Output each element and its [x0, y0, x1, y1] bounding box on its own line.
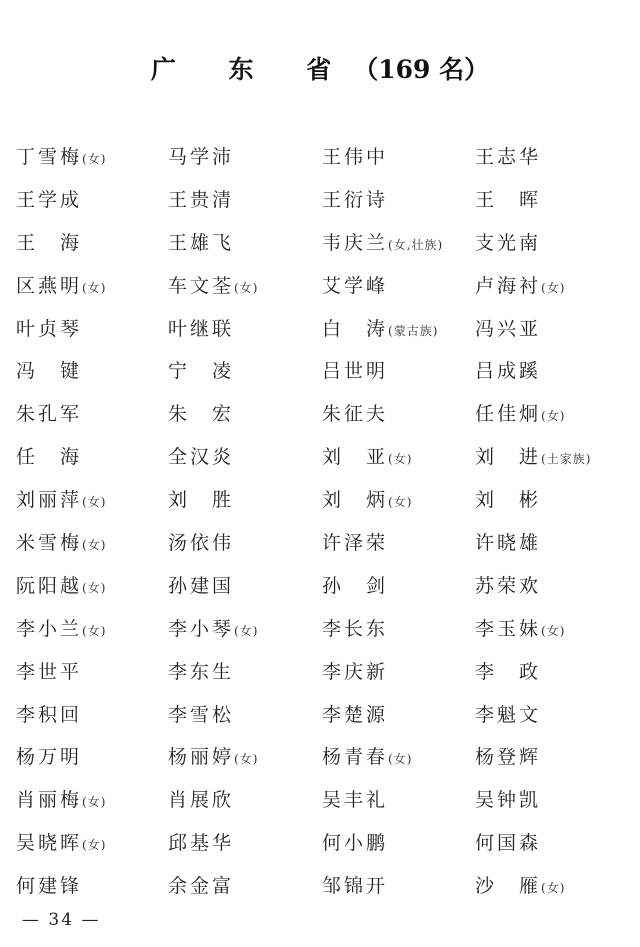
delegate-entry: 韦庆兰(女,壮族): [322, 224, 443, 264]
delegate-name: 杨丽婷: [168, 746, 234, 768]
delegate-name: 朱征夫: [322, 403, 388, 425]
delegate-entry: 刘 进(土家族): [475, 438, 591, 478]
name-row: 任 海全汉炎刘 亚(女)刘 进(土家族): [16, 438, 636, 481]
delegate-note: (女): [541, 881, 565, 895]
delegate-name: 肖展欣: [168, 789, 234, 811]
delegate-name: 韦庆兰: [322, 232, 388, 254]
delegate-entry: 李玉妹(女): [475, 610, 565, 650]
delegate-note: (女): [541, 281, 565, 295]
delegate-entry: 李魁文: [475, 696, 541, 734]
name-row: 丁雪梅(女)马学沛王伟中王志华: [16, 138, 636, 181]
name-row: 米雪梅(女)汤依伟许泽荣许晓雄: [16, 524, 636, 567]
delegate-name: 刘 彬: [475, 489, 541, 511]
delegate-note: (女): [82, 624, 106, 638]
delegate-entry: 李庆新: [322, 653, 388, 691]
delegate-entry: 李东生: [168, 653, 234, 691]
delegate-entry: 刘 胜: [168, 481, 234, 519]
name-row: 叶贞琴叶继联白 涛(蒙古族)冯兴亚: [16, 310, 636, 353]
delegate-note: (女,壮族): [388, 238, 443, 252]
delegate-entry: 李雪松: [168, 696, 234, 734]
delegate-name: 王雄飞: [168, 232, 234, 254]
delegate-name: 何小鹏: [322, 832, 388, 854]
delegate-note: (女): [82, 495, 106, 509]
delegate-name: 许晓雄: [475, 532, 541, 554]
delegate-name: 李长东: [322, 618, 388, 640]
delegate-name: 刘 亚: [322, 446, 388, 468]
page-title: 广 东 省（169 名）: [0, 50, 640, 86]
delegate-name: 白 涛: [322, 318, 388, 340]
delegate-note: (女): [388, 752, 412, 766]
delegate-name: 吕成蹊: [475, 360, 541, 382]
delegate-entry: 区燕明(女): [16, 267, 106, 307]
delegate-entry: 米雪梅(女): [16, 524, 106, 564]
delegate-name: 宁 凌: [168, 360, 234, 382]
delegate-note: (女): [388, 452, 412, 466]
delegate-entry: 朱征夫: [322, 395, 388, 433]
delegate-note: (女): [82, 838, 106, 852]
delegate-note: (蒙古族): [388, 324, 438, 338]
delegate-name: 任 海: [16, 446, 82, 468]
delegate-entry: 刘 炳(女): [322, 481, 412, 521]
delegate-entry: 王 晖: [475, 181, 541, 219]
name-row: 区燕明(女)车文荃(女)艾学峰卢海衬(女): [16, 267, 636, 310]
name-list: 丁雪梅(女)马学沛王伟中王志华王学成王贵清王衍诗王 晖王 海王雄飞韦庆兰(女,壮…: [16, 138, 636, 910]
delegate-name: 李雪松: [168, 704, 234, 726]
delegate-count: （169 名）: [353, 55, 489, 84]
delegate-entry: 余金富: [168, 867, 234, 905]
delegate-entry: 李世平: [16, 653, 82, 691]
delegate-note: (女): [82, 581, 106, 595]
delegate-entry: 王贵清: [168, 181, 234, 219]
page-number: — 34 —: [22, 910, 100, 930]
delegate-entry: 吕成蹊: [475, 352, 541, 390]
delegate-name: 王衍诗: [322, 189, 388, 211]
delegate-entry: 吴丰礼: [322, 781, 388, 819]
name-row: 朱孔军朱 宏朱征夫任佳炯(女): [16, 395, 636, 438]
delegate-name: 邱基华: [168, 832, 234, 854]
delegate-name: 朱孔军: [16, 403, 82, 425]
delegate-name: 冯兴亚: [475, 318, 541, 340]
delegate-name: 李小兰: [16, 618, 82, 640]
delegate-name: 沙 雁: [475, 875, 541, 897]
name-row: 阮阳越(女)孙建国孙 剑苏荣欢: [16, 567, 636, 610]
delegate-name: 孙建国: [168, 575, 234, 597]
delegate-entry: 冯 键: [16, 352, 82, 390]
delegate-entry: 杨万明: [16, 738, 82, 776]
delegate-name: 王学成: [16, 189, 82, 211]
delegate-name: 米雪梅: [16, 532, 82, 554]
delegate-name: 刘 胜: [168, 489, 234, 511]
delegate-entry: 李长东: [322, 610, 388, 648]
delegate-entry: 李 政: [475, 653, 541, 691]
name-row: 杨万明杨丽婷(女)杨青春(女)杨登辉: [16, 738, 636, 781]
name-row: 吴晓晖(女)邱基华何小鹏何国森: [16, 824, 636, 867]
delegate-entry: 丁雪梅(女): [16, 138, 106, 178]
delegate-entry: 杨青春(女): [322, 738, 412, 778]
delegate-name: 李东生: [168, 661, 234, 683]
province-name: 广 东 省: [151, 55, 353, 84]
delegate-entry: 刘 彬: [475, 481, 541, 519]
delegate-name: 李积回: [16, 704, 82, 726]
delegate-name: 车文荃: [168, 275, 234, 297]
delegate-name: 叶继联: [168, 318, 234, 340]
delegate-name: 邹锦开: [322, 875, 388, 897]
delegate-note: (女): [541, 624, 565, 638]
delegate-name: 王贵清: [168, 189, 234, 211]
delegate-name: 吴丰礼: [322, 789, 388, 811]
delegate-entry: 刘 亚(女): [322, 438, 412, 478]
delegate-entry: 李楚源: [322, 696, 388, 734]
delegate-name: 支光南: [475, 232, 541, 254]
delegate-name: 王 晖: [475, 189, 541, 211]
delegate-entry: 许泽荣: [322, 524, 388, 562]
delegate-entry: 何小鹏: [322, 824, 388, 862]
delegate-entry: 李小兰(女): [16, 610, 106, 650]
delegate-name: 吴钟凯: [475, 789, 541, 811]
delegate-name: 冯 键: [16, 360, 82, 382]
delegate-name: 李玉妹: [475, 618, 541, 640]
delegate-note: (女): [234, 624, 258, 638]
delegate-name: 李魁文: [475, 704, 541, 726]
delegate-entry: 孙建国: [168, 567, 234, 605]
delegate-entry: 刘丽萍(女): [16, 481, 106, 521]
delegate-note: (女): [541, 409, 565, 423]
delegate-note: (女): [388, 495, 412, 509]
delegate-entry: 李小琴(女): [168, 610, 258, 650]
delegate-entry: 任 海: [16, 438, 82, 476]
delegate-name: 李 政: [475, 661, 541, 683]
delegate-entry: 苏荣欢: [475, 567, 541, 605]
delegate-entry: 杨丽婷(女): [168, 738, 258, 778]
delegate-entry: 吴钟凯: [475, 781, 541, 819]
delegate-name: 李庆新: [322, 661, 388, 683]
delegate-entry: 肖丽梅(女): [16, 781, 106, 821]
delegate-entry: 邹锦开: [322, 867, 388, 905]
delegate-entry: 肖展欣: [168, 781, 234, 819]
delegate-note: (女): [82, 281, 106, 295]
delegate-note: (女): [82, 152, 106, 166]
delegate-entry: 任佳炯(女): [475, 395, 565, 435]
delegate-name: 卢海衬: [475, 275, 541, 297]
delegate-entry: 王志华: [475, 138, 541, 176]
delegate-name: 王 海: [16, 232, 82, 254]
delegate-name: 许泽荣: [322, 532, 388, 554]
name-row: 李积回李雪松李楚源李魁文: [16, 696, 636, 739]
delegate-entry: 沙 雁(女): [475, 867, 565, 907]
delegate-note: (女): [234, 281, 258, 295]
delegate-name: 艾学峰: [322, 275, 388, 297]
delegate-entry: 王学成: [16, 181, 82, 219]
delegate-entry: 王伟中: [322, 138, 388, 176]
delegate-name: 王志华: [475, 146, 541, 168]
delegate-entry: 阮阳越(女): [16, 567, 106, 607]
delegate-entry: 艾学峰: [322, 267, 388, 305]
name-row: 冯 键宁 凌吕世明吕成蹊: [16, 352, 636, 395]
delegate-entry: 马学沛: [168, 138, 234, 176]
delegate-entry: 孙 剑: [322, 567, 388, 605]
delegate-entry: 杨登辉: [475, 738, 541, 776]
delegate-name: 李世平: [16, 661, 82, 683]
delegate-name: 全汉炎: [168, 446, 234, 468]
delegate-entry: 卢海衬(女): [475, 267, 565, 307]
delegate-name: 汤依伟: [168, 532, 234, 554]
delegate-entry: 朱孔军: [16, 395, 82, 433]
delegate-entry: 何建锋: [16, 867, 82, 905]
delegate-name: 肖丽梅: [16, 789, 82, 811]
name-row: 王学成王贵清王衍诗王 晖: [16, 181, 636, 224]
delegate-entry: 朱 宏: [168, 395, 234, 433]
delegate-note: (女): [82, 538, 106, 552]
delegate-name: 杨万明: [16, 746, 82, 768]
delegate-entry: 王 海: [16, 224, 82, 262]
delegate-name: 阮阳越: [16, 575, 82, 597]
delegate-name: 叶贞琴: [16, 318, 82, 340]
delegate-entry: 叶继联: [168, 310, 234, 348]
delegate-entry: 王雄飞: [168, 224, 234, 262]
delegate-name: 刘 炳: [322, 489, 388, 511]
delegate-entry: 汤依伟: [168, 524, 234, 562]
delegate-name: 孙 剑: [322, 575, 388, 597]
delegate-note: (女): [234, 752, 258, 766]
delegate-name: 苏荣欢: [475, 575, 541, 597]
delegate-name: 吕世明: [322, 360, 388, 382]
delegate-name: 何建锋: [16, 875, 82, 897]
delegate-name: 朱 宏: [168, 403, 234, 425]
delegate-name: 吴晓晖: [16, 832, 82, 854]
delegate-entry: 冯兴亚: [475, 310, 541, 348]
name-row: 李世平李东生李庆新李 政: [16, 653, 636, 696]
delegate-note: (女): [82, 795, 106, 809]
delegate-entry: 许晓雄: [475, 524, 541, 562]
name-row: 何建锋余金富邹锦开沙 雁(女): [16, 867, 636, 910]
delegate-name: 何国森: [475, 832, 541, 854]
delegate-entry: 邱基华: [168, 824, 234, 862]
delegate-name: 杨登辉: [475, 746, 541, 768]
delegate-name: 任佳炯: [475, 403, 541, 425]
delegate-entry: 全汉炎: [168, 438, 234, 476]
name-row: 刘丽萍(女)刘 胜刘 炳(女)刘 彬: [16, 481, 636, 524]
delegate-name: 马学沛: [168, 146, 234, 168]
delegate-name: 刘 进: [475, 446, 541, 468]
delegate-entry: 吕世明: [322, 352, 388, 390]
delegate-name: 余金富: [168, 875, 234, 897]
delegate-entry: 何国森: [475, 824, 541, 862]
delegate-entry: 车文荃(女): [168, 267, 258, 307]
name-row: 王 海王雄飞韦庆兰(女,壮族)支光南: [16, 224, 636, 267]
delegate-name: 丁雪梅: [16, 146, 82, 168]
delegate-name: 区燕明: [16, 275, 82, 297]
name-row: 肖丽梅(女)肖展欣吴丰礼吴钟凯: [16, 781, 636, 824]
delegate-entry: 吴晓晖(女): [16, 824, 106, 864]
delegate-entry: 宁 凌: [168, 352, 234, 390]
delegate-entry: 李积回: [16, 696, 82, 734]
delegate-name: 王伟中: [322, 146, 388, 168]
delegate-note: (土家族): [541, 452, 591, 466]
delegate-name: 刘丽萍: [16, 489, 82, 511]
delegate-entry: 王衍诗: [322, 181, 388, 219]
name-row: 李小兰(女)李小琴(女)李长东李玉妹(女): [16, 610, 636, 653]
delegate-entry: 叶贞琴: [16, 310, 82, 348]
delegate-name: 李楚源: [322, 704, 388, 726]
delegate-name: 李小琴: [168, 618, 234, 640]
delegate-entry: 白 涛(蒙古族): [322, 310, 438, 350]
delegate-entry: 支光南: [475, 224, 541, 262]
delegate-name: 杨青春: [322, 746, 388, 768]
